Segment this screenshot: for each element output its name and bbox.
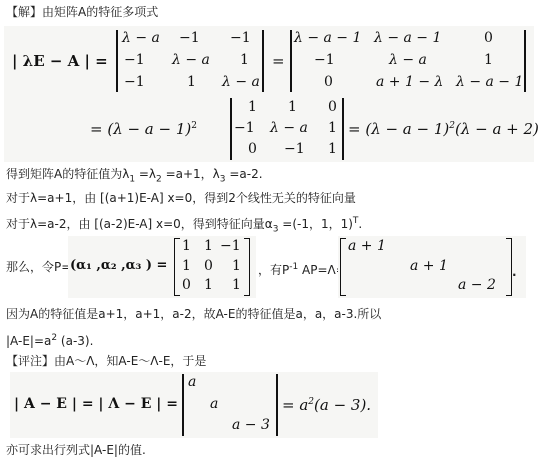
lambda-matrix-image: a + 1 a + 1 a − 2 [338,236,526,298]
conclusion-line1: 因为A的特征值是a+1，a+1，a-2，故A-E的特征值是a，a，a-3.所以 [6,306,381,322]
remark-determinant-image: | A − E | = | Λ − E | = a a a − 3 = a2(a… [10,372,378,438]
determinant-factor-image: = (λ − a − 1)2 1 1 0 −1 λ − a 1 0 −1 1 =… [4,96,534,162]
p-line-mid: ，有P-1 AP=Λ= [258,259,346,278]
footer-line: 亦可求出行列式|A-E|的值. [6,442,146,458]
solution-header: 【解】由矩阵A的特征多项式 [6,4,158,20]
p-line-prefix: 那么，令P= [6,259,71,275]
det-lhs: | λE − A | = [12,52,108,70]
eigenvalues-line: 得到矩阵A的特征值为λ1 =λ2 =a+1，λ3 =a-2. [6,166,263,187]
case1-line: 对于λ=a+1，由 [(a+1)E-A] x=0，得到2个线性无关的特征向量 [6,190,356,206]
determinant-expansion-image: | λE − A | = λ − a −1 −1 −1 λ − a 1 −1 1… [4,26,534,96]
p-matrix-image: (α₁ ,α₂ ,α₃ ) = 1 1 −1 1 0 1 0 1 1 [68,236,256,298]
remark-line: 【评注】由A～Λ，知A-E～Λ-E，于是 [6,353,206,369]
case2-line: 对于λ=a-2，由 [(a-2)E-A] x=0，得到特征向量α3 =(-1，1… [6,213,362,237]
conclusion-line2: |A-E|=a2 (a-3). [6,330,93,349]
